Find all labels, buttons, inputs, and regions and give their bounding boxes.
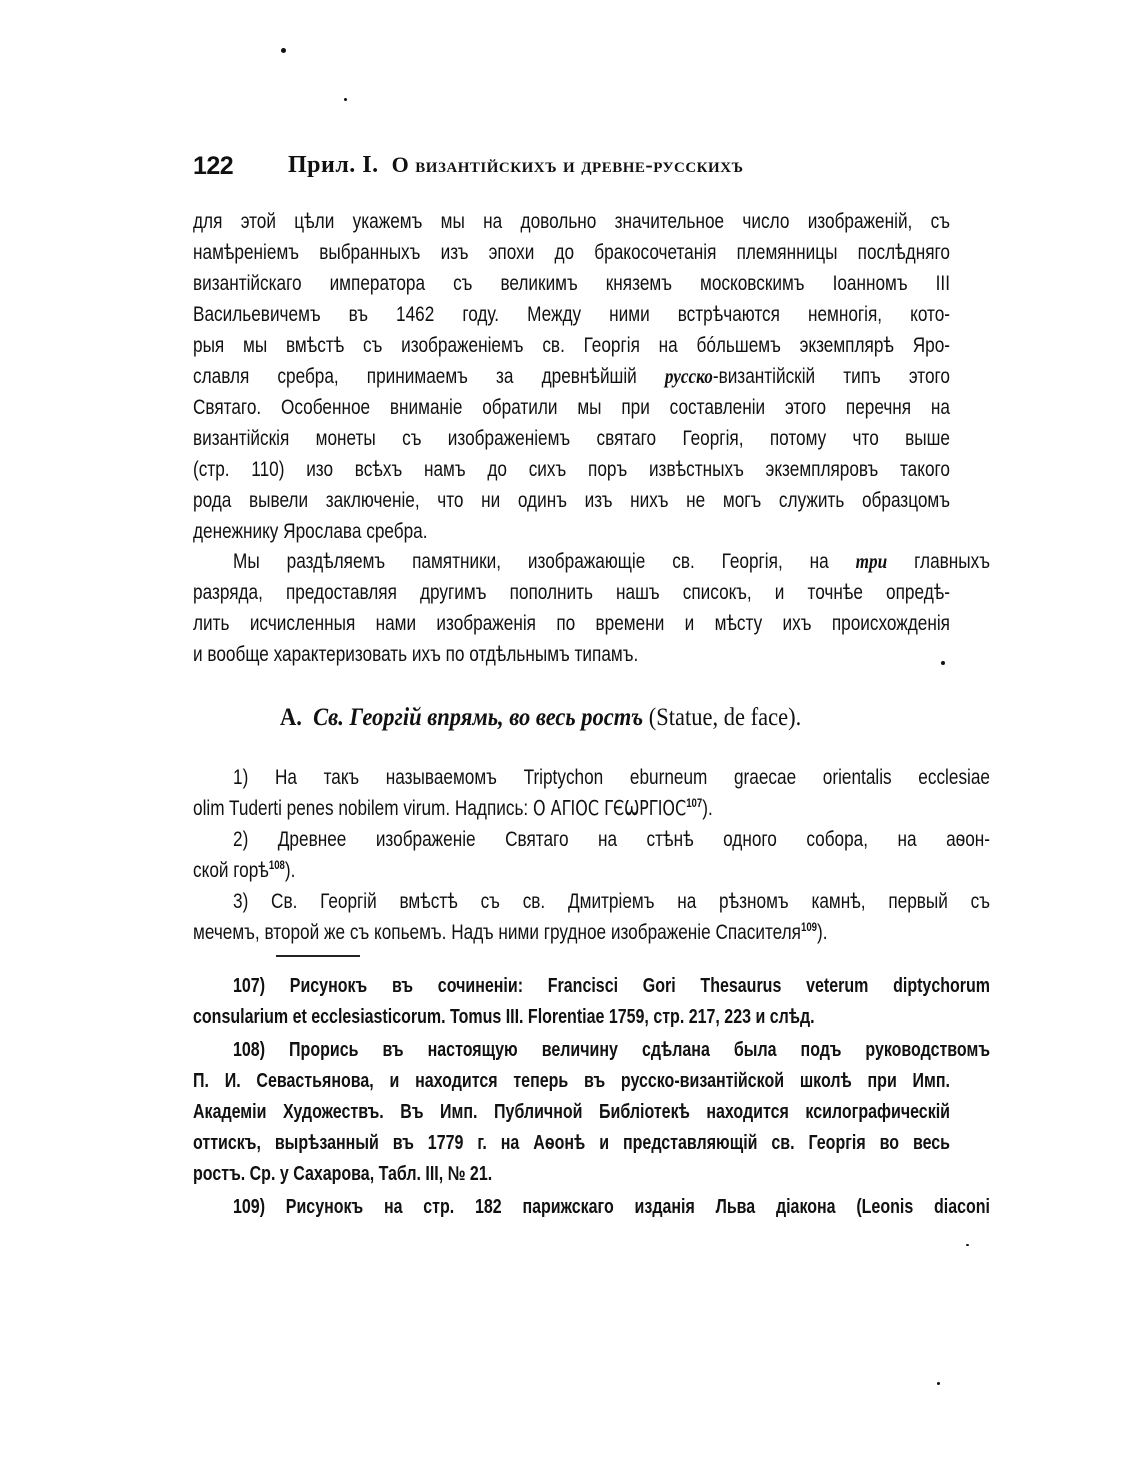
text-run: главныхъ: [887, 549, 990, 573]
text-run: olim Tuderti penes nobilem virum. Надпис…: [193, 796, 533, 820]
footnote: 109) Рисунокъ на стр. 182 парижскаго изд…: [193, 1192, 950, 1223]
page-header: 122 Прил. I. О византійскихъ и древне-ру…: [193, 152, 953, 186]
emphasis: три: [856, 549, 888, 573]
paragraph-line: денежнику Ярослава сребра.: [193, 516, 950, 547]
text-run: ).: [285, 858, 296, 882]
footnote-line: ростъ. Ср. у Сахарова, Табл. III, № 21.: [193, 1159, 950, 1190]
paragraph-line: для этой цѣли укажемъ мы на довольно зна…: [193, 206, 950, 237]
footnote-line: consularium et ecclesiasticorum. Tomus I…: [193, 1002, 950, 1033]
footnote-line: 107) Рисунокъ въ сочиненіи: Francisci Go…: [193, 971, 990, 1002]
paragraph-line: (стр. 110) изо всѣхъ намъ до сихъ поръ и…: [193, 454, 950, 485]
paragraph-line: и вообще характеризовать ихъ по отдѣльны…: [193, 639, 950, 670]
item-line: 1) На такъ называемомъ Triptychon eburne…: [193, 762, 990, 793]
footnotes: 107) Рисунокъ въ сочиненіи: Francisci Go…: [193, 971, 950, 1225]
paragraph-line: рыя мы вмѣстѣ съ изображеніемъ св. Георг…: [193, 330, 950, 361]
paragraph-line: намѣреніемъ выбранныхъ изъ эпохи до брак…: [193, 237, 950, 268]
section-letter: А.: [280, 704, 302, 731]
text-run: ).: [702, 796, 713, 820]
numbered-item: 3) Св. Георгій вмѣстѣ съ св. Дмитріемъ н…: [193, 886, 950, 948]
paragraph-line: Святаго. Особенное вниманіе обратили мы …: [193, 392, 950, 423]
item-list: 1) На такъ называемомъ Triptychon eburne…: [193, 762, 950, 948]
paragraph-line: лить исчисленныя нами изображенія по вре…: [193, 608, 950, 639]
footnote-ref: 109: [801, 920, 817, 934]
footnote-line: П. И. Севастьянова, и находится теперь в…: [193, 1066, 950, 1097]
paragraph-line: рода вывели заключеніе, что ни одинъ изъ…: [193, 485, 950, 516]
section-heading: А. Св. Георгій впрямь, во весь ростъ (St…: [280, 704, 801, 732]
paragraph-line: славля сребра, принимаемъ за древнѣйшій …: [193, 361, 950, 392]
paragraph-2: Мы раздѣляемъ памятники, изображающіе св…: [193, 546, 950, 670]
text-run: ской горѣ: [193, 858, 269, 882]
running-head: Прил. I. О византійскихъ и древне-русски…: [288, 152, 744, 179]
section-title-latin: (Statue, de face).: [649, 704, 801, 731]
item-line: ской горѣ108).: [193, 855, 950, 886]
scan-speck: [281, 48, 286, 53]
footnote-separator: [276, 955, 360, 957]
footnote: 108) Прорись въ настоящую величину сдѣла…: [193, 1035, 950, 1190]
footnote-line: 109) Рисунокъ на стр. 182 парижскаго изд…: [193, 1192, 990, 1223]
running-head-prefix: Прил. I.: [288, 152, 379, 178]
paragraph-1: для этой цѣли укажемъ мы на довольно зна…: [193, 206, 950, 547]
item-line: мечемъ, второй же съ копьемъ. Надъ ними …: [193, 917, 950, 948]
numbered-item: 1) На такъ называемомъ Triptychon eburne…: [193, 762, 950, 824]
item-line: 2) Древнее изображеніе Святаго на стѣнѣ …: [193, 824, 990, 855]
paragraph-line: Васильевичемъ въ 1462 году. Между ними в…: [193, 299, 950, 330]
text-run: славля сребра, принимаемъ за древнѣйшій: [193, 364, 665, 388]
running-head-title: О византійскихъ и древне-русскихъ: [392, 152, 744, 177]
scan-speck: [937, 1382, 940, 1385]
footnote: 107) Рисунокъ въ сочиненіи: Francisci Go…: [193, 971, 950, 1033]
footnote-ref: 107: [686, 796, 702, 810]
footnote-line: оттискъ, вырѣзанный въ 1779 г. на Аѳонѣ …: [193, 1128, 950, 1159]
text-run: мечемъ, второй же съ копьемъ. Надъ ними …: [193, 920, 801, 944]
scan-speck: [344, 98, 347, 101]
emphasis: русско: [665, 364, 713, 388]
footnote-ref: 108: [269, 858, 285, 872]
text-run: Мы раздѣляемъ памятники, изображающіе св…: [233, 549, 856, 573]
section-title: Св. Георгій впрямь, во весь ростъ: [313, 704, 643, 731]
scan-speck: [966, 1244, 969, 1246]
text-run: ).: [817, 920, 828, 944]
footnote-line: Академіи Художествъ. Въ Имп. Публичной Б…: [193, 1097, 950, 1128]
item-line: olim Tuderti penes nobilem virum. Надпис…: [193, 793, 950, 824]
numbered-item: 2) Древнее изображеніе Святаго на стѣнѣ …: [193, 824, 950, 886]
paragraph-line: разряда, предоставляя другимъ пополнить …: [193, 577, 950, 608]
paragraph-line: византійскаго императора съ великимъ кня…: [193, 268, 950, 299]
paragraph-line: византійскія монеты съ изображеніемъ свя…: [193, 423, 950, 454]
paragraph-line: Мы раздѣляемъ памятники, изображающіе св…: [193, 546, 990, 577]
page-number: 122: [193, 152, 233, 181]
footnote-line: 108) Прорись въ настоящую величину сдѣла…: [193, 1035, 990, 1066]
greek-inscription: Ο ΑΓΙΟϹ ΓЄѠΡΓΙΟϹ: [533, 796, 686, 820]
text-run: -византійскій типъ этого: [713, 364, 950, 388]
item-line: 3) Св. Георгій вмѣстѣ съ св. Дмитріемъ н…: [193, 886, 990, 917]
